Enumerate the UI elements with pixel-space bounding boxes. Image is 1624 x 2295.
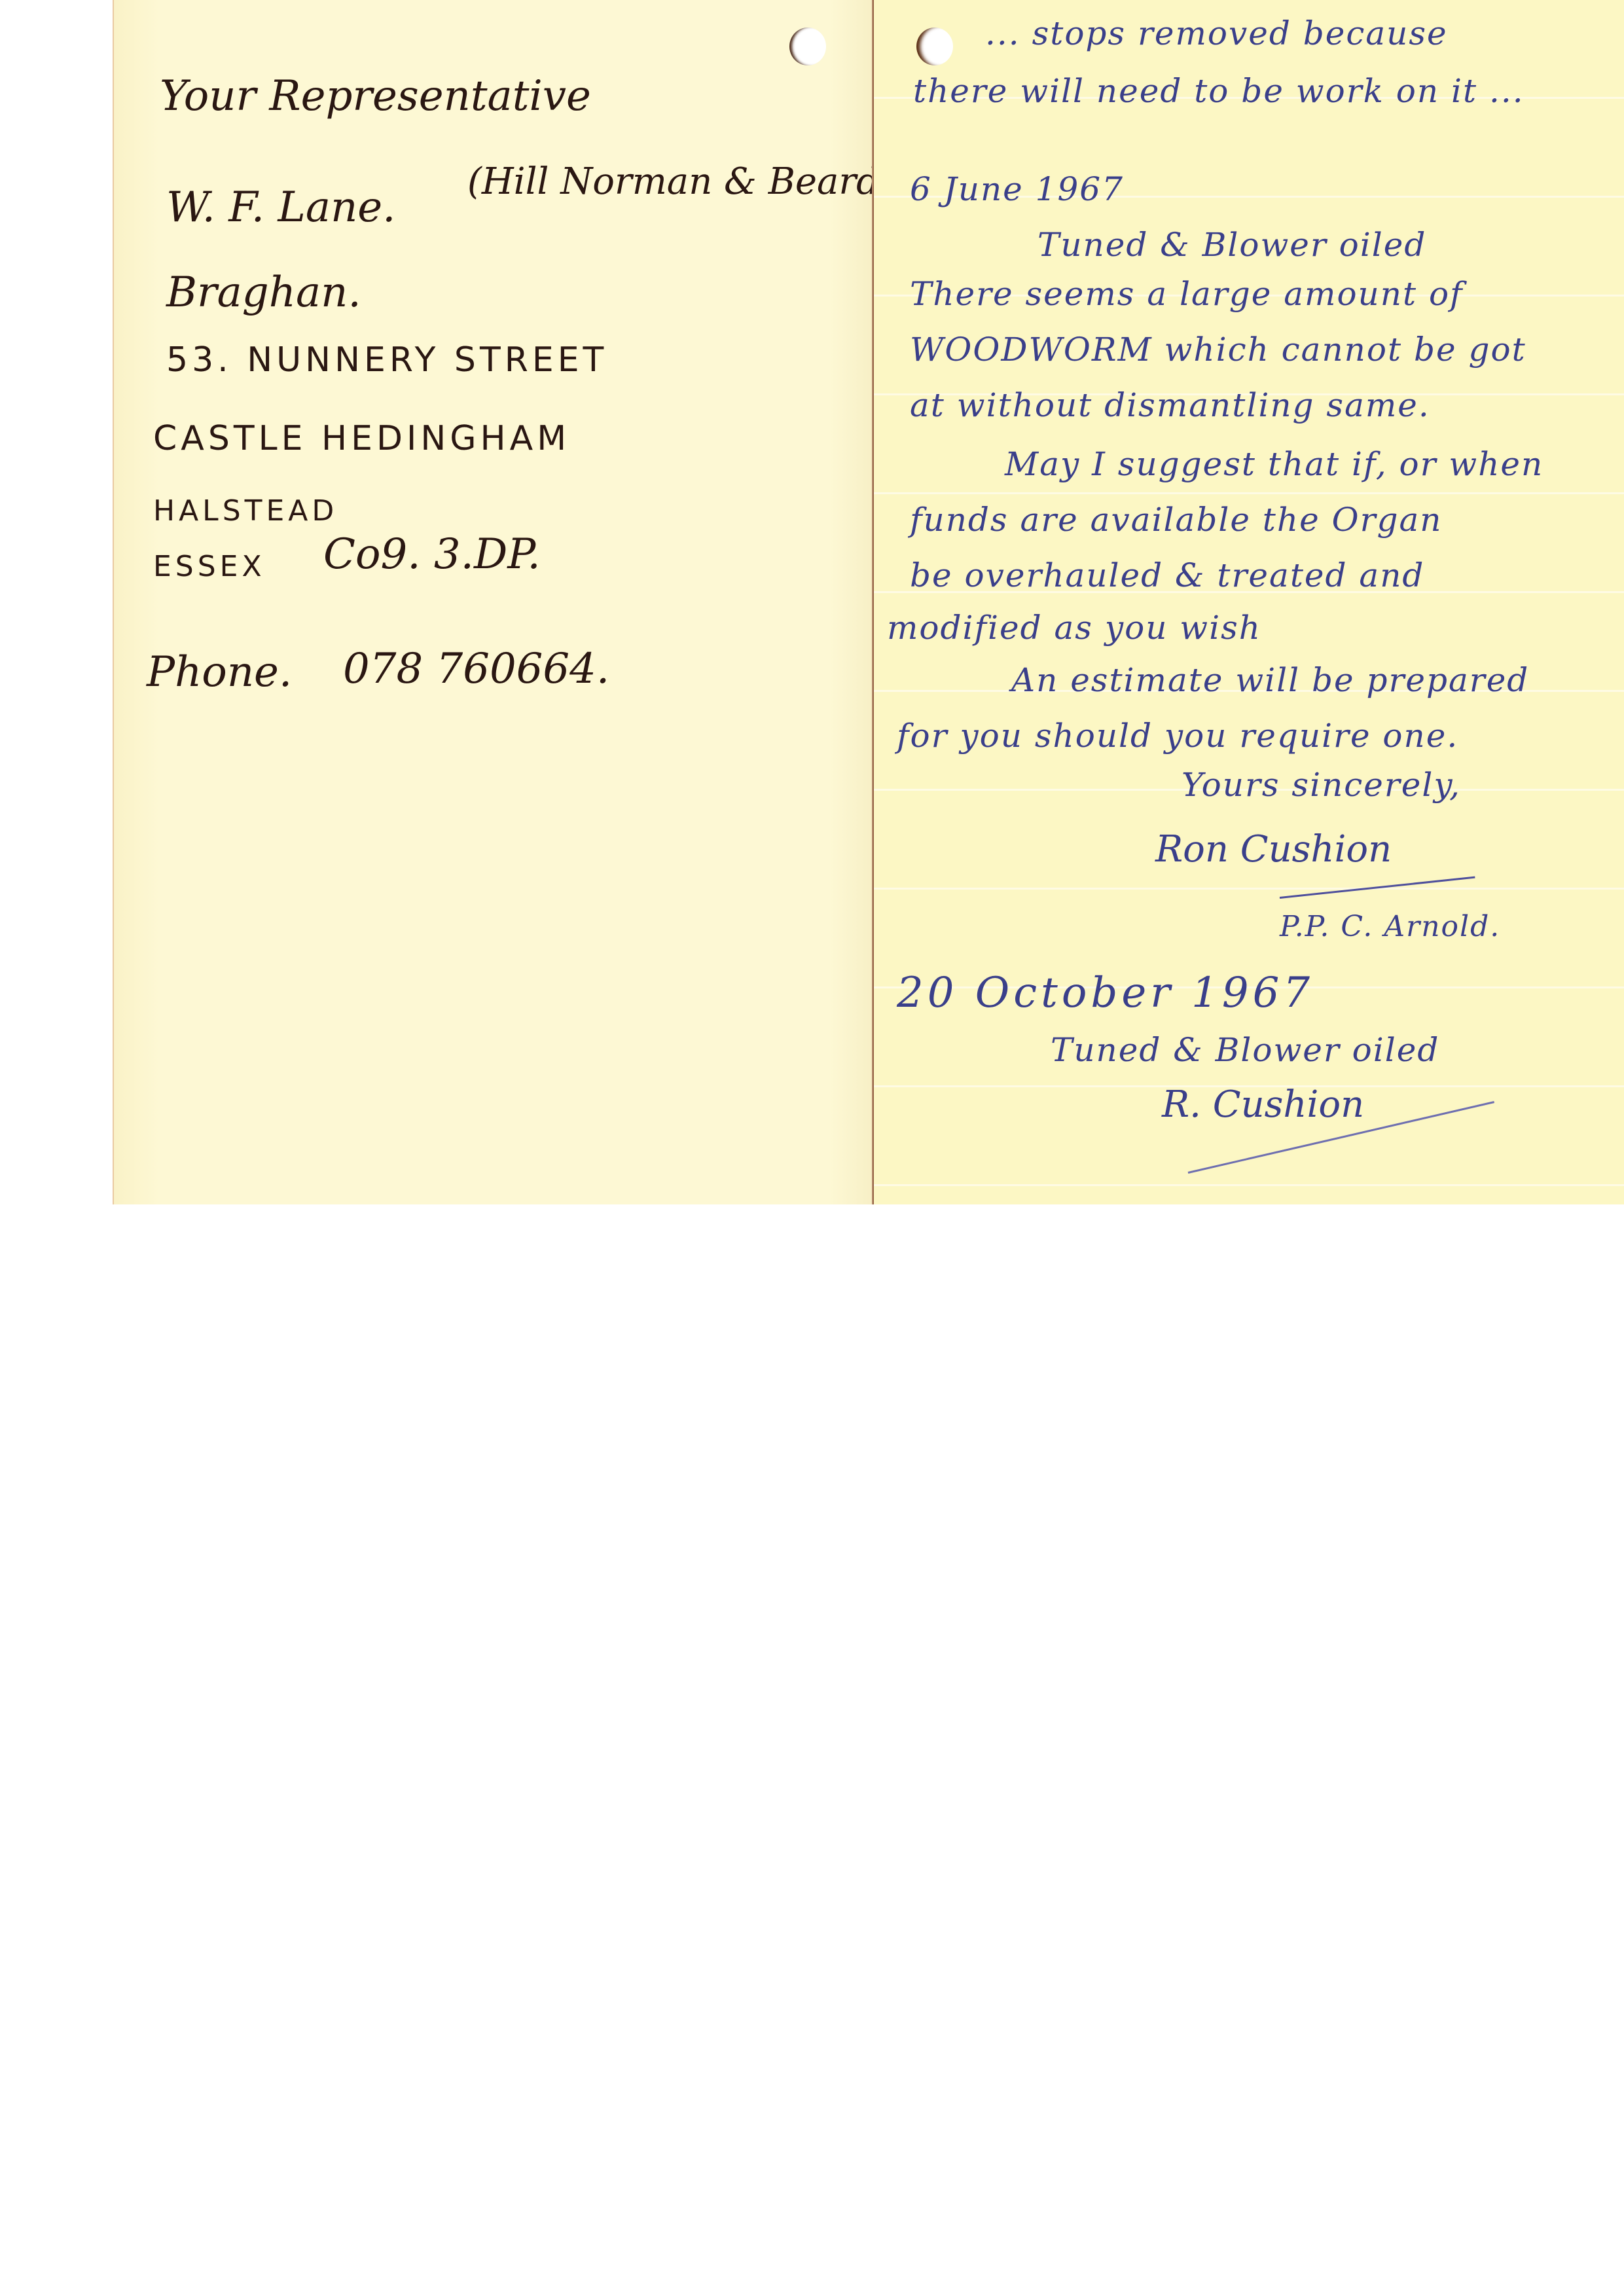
entry-1-line-4: at without dismantling same. [910, 386, 1430, 424]
right-page: ... stops removed because there will nee… [874, 0, 1624, 1204]
record-card: Your Representative W. F. Lane. (Hill No… [113, 0, 1624, 1204]
entry-1-signature: Ron Cushion [1155, 828, 1392, 871]
entry-1-line-5: May I suggest that if, or when [1005, 445, 1543, 483]
phone-label: Phone. [147, 648, 292, 696]
entry-2-signature: R. Cushion [1162, 1083, 1364, 1126]
entry-2-line-1: Tuned & Blower oiled [1051, 1031, 1439, 1069]
left-page: Your Representative W. F. Lane. (Hill No… [113, 0, 875, 1204]
entry-1-line-6: funds are available the Organ [910, 501, 1443, 539]
entry-1-line-2: There seems a large amount of [910, 275, 1464, 313]
punch-hole-left [789, 27, 826, 65]
postcode: Co9. 3.DP. [323, 530, 541, 579]
signature-underline-1 [1280, 876, 1475, 899]
address-line-1: 53. NUNNERY STREET [166, 340, 607, 380]
entry-1-closing: Yours sincerely, [1182, 766, 1461, 804]
entry-2-date: 20 October 1967 [897, 969, 1314, 1017]
top-note-line-1: ... stops removed because [985, 14, 1448, 52]
phone-number: 078 760664. [343, 645, 609, 693]
entry-1-line-9: An estimate will be prepared [1011, 661, 1529, 699]
entry-1-line-7: be overhauled & treated and [910, 556, 1424, 594]
top-note-line-2: there will need to be work on it ... [913, 72, 1525, 110]
entry-1-line-3: WOODWORM which cannot be got [910, 331, 1526, 369]
town-line: Braghan. [166, 268, 361, 317]
address-line-4: ESSEX [153, 550, 266, 583]
address-line-2: CASTLE HEDINGHAM [153, 419, 570, 458]
entry-1-line-1: Tuned & Blower oiled [1038, 226, 1426, 264]
entry-1-pp: P.P. C. Arnold. [1280, 910, 1500, 943]
punch-hole-right [916, 27, 953, 65]
address-line-3: HALSTEAD [153, 494, 338, 528]
entry-1-date: 6 June 1967 [910, 170, 1124, 208]
entry-1-line-8: modified as you wish [887, 609, 1261, 647]
representative-name: W. F. Lane. [166, 183, 396, 232]
entry-1-line-10: for you should you require one. [897, 717, 1458, 755]
representative-heading: Your Representative [160, 72, 591, 120]
